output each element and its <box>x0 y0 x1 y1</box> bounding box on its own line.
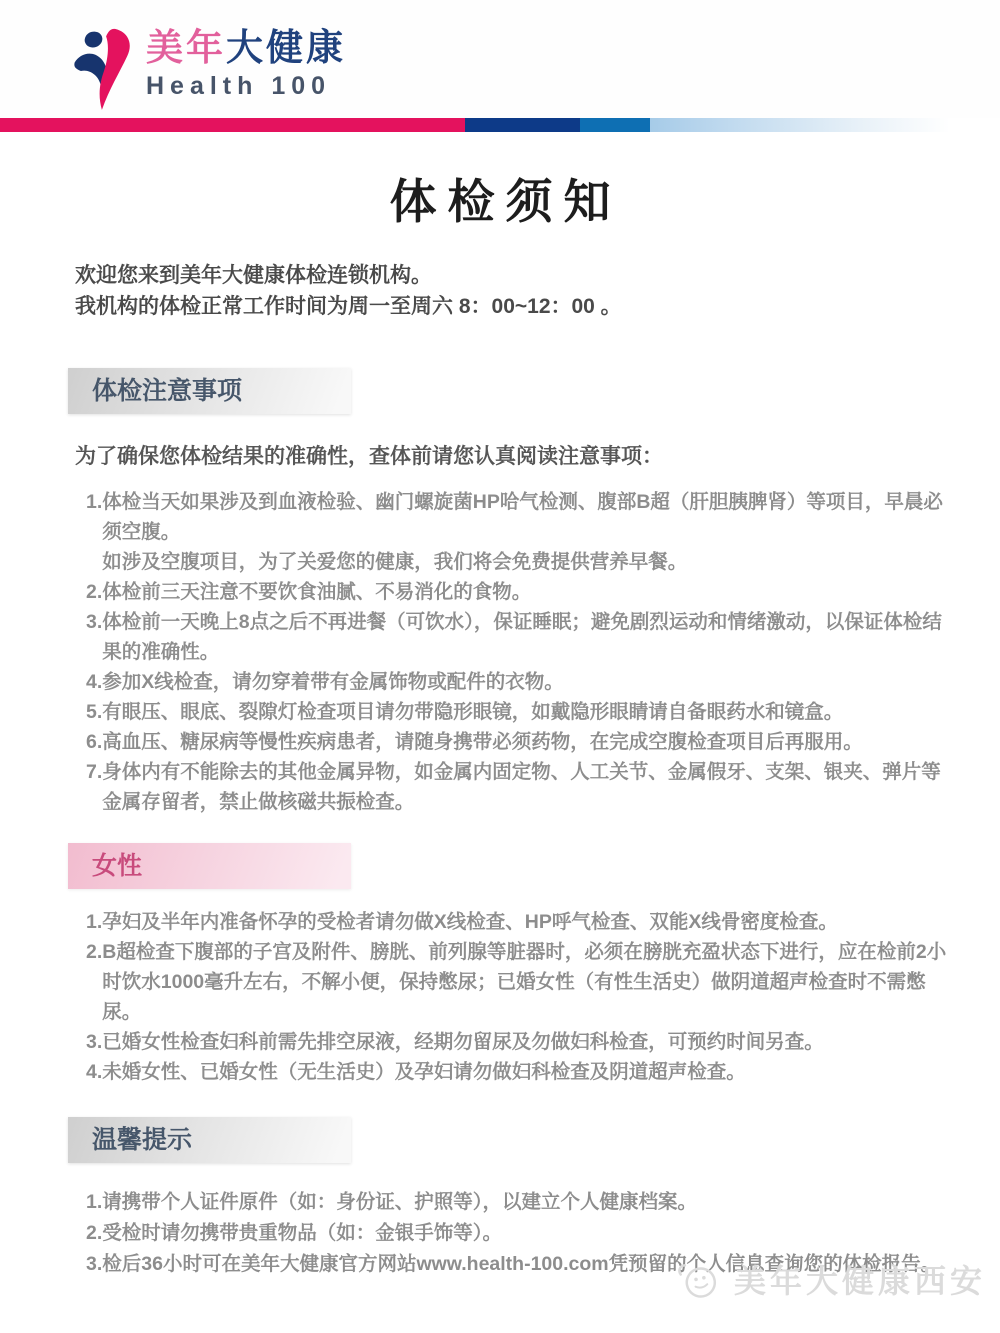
list-item-number: 1. <box>86 907 102 937</box>
list-item: 1.体检当天如果涉及到血液检验、幽门螺旋菌HP哈气检测、腹部B超（肝胆胰脾肾）等… <box>86 487 950 577</box>
list-item-number: 3. <box>86 1027 102 1057</box>
smiley-watermark-icon <box>672 1253 724 1305</box>
list-item-number: 2. <box>86 937 102 1027</box>
list-item: 4.未婚女性、已婚女性（无生活史）及孕妇请勿做妇科检查及阴道超声检查。 <box>86 1057 950 1087</box>
brand-name-cn: 美年大健康 <box>146 28 346 69</box>
list-item-text: 请携带个人证件原件（如：身份证、护照等），以建立个人健康档案。 <box>102 1187 697 1218</box>
list-item-number: 3. <box>86 607 102 667</box>
list-item: 7.身体内有不能除去的其他金属异物，如金属内固定物、人工关节、金属假牙、支架、银… <box>86 757 950 817</box>
list-item-number: 4. <box>86 667 102 697</box>
page-header: 美年大健康 Health 100 <box>0 0 1000 118</box>
intro-paragraph: 欢迎您来到美年大健康体检连锁机构。 我机构的体检正常工作时间为周一至周六 8：0… <box>75 260 945 322</box>
list-item: 3.体检前一天晚上8点之后不再进餐（可饮水），保证睡眠；避免剧烈运动和情绪激动，… <box>86 607 950 667</box>
list-item-text: 有眼压、眼底、裂隙灯检查项目请勿带隐形眼镜，如戴隐形眼睛请自备眼药水和镜盒。 <box>102 697 843 727</box>
brand-name-cn-secondary: 大健康 <box>226 27 346 68</box>
brand-logo-text: 美年大健康 Health 100 <box>146 28 346 101</box>
list-item-text: 体检前一天晚上8点之后不再进餐（可饮水），保证睡眠；避免剧烈运动和情绪激动，以保… <box>102 607 950 667</box>
list-item-text: B超检查下腹部的子宫及附件、膀胱、前列腺等脏器时，必须在膀胱充盈状态下进行，应在… <box>102 937 950 1027</box>
list-item: 2.受检时请勿携带贵重物品（如：金银手饰等）。 <box>86 1218 950 1249</box>
list-item-number: 2. <box>86 1218 102 1249</box>
list-item-number: 6. <box>86 727 102 757</box>
list-item-text: 高血压、糖尿病等慢性疾病患者，请随身携带必须药物，在完成空腹检查项目后再服用。 <box>102 727 863 757</box>
section-header-women: 女性 <box>68 843 351 889</box>
list-item-text: 已婚女性检查妇科前需先排空尿液，经期勿留尿及勿做妇科检查，可预约时间另查。 <box>102 1027 824 1057</box>
person-logo-icon <box>72 28 136 112</box>
list-item: 5.有眼压、眼底、裂隙灯检查项目请勿带隐形眼镜，如戴隐形眼睛请自备眼药水和镜盒。 <box>86 697 950 727</box>
list-item-number: 2. <box>86 577 102 607</box>
list-item-text: 孕妇及半年内准备怀孕的受检者请勿做X线检查、HP呼气检查、双能X线骨密度检查。 <box>102 907 838 937</box>
intro-line-1: 欢迎您来到美年大健康体检连锁机构。 <box>75 260 945 291</box>
brand-logo: 美年大健康 Health 100 <box>72 28 346 112</box>
list-item-text: 受检时请勿携带贵重物品（如：金银手饰等）。 <box>102 1218 502 1249</box>
list-item-number: 3. <box>86 1249 102 1280</box>
brand-name-en: Health 100 <box>146 72 346 101</box>
list-item: 6.高血压、糖尿病等慢性疾病患者，请随身携带必须药物，在完成空腹检查项目后再服用… <box>86 727 950 757</box>
page-title: 体检须知 <box>0 174 1000 230</box>
list-item-number: 5. <box>86 697 102 727</box>
list-item-number: 1. <box>86 487 102 577</box>
section-header-notice: 体检注意事项 <box>68 368 351 414</box>
watermark-text: 美年大健康西安 <box>734 1256 986 1302</box>
list-item: 2.B超检查下腹部的子宫及附件、膀胱、前列腺等脏器时，必须在膀胱充盈状态下进行，… <box>86 937 950 1027</box>
list-item-number: 7. <box>86 757 102 817</box>
women-list: 1.孕妇及半年内准备怀孕的受检者请勿做X线检查、HP呼气检查、双能X线骨密度检查… <box>86 907 950 1087</box>
list-item-number: 1. <box>86 1187 102 1218</box>
notice-list: 1.体检当天如果涉及到血液检验、幽门螺旋菌HP哈气检测、腹部B超（肝胆胰脾肾）等… <box>86 487 950 817</box>
list-item: 2.体检前三天注意不要饮食油腻、不易消化的食物。 <box>86 577 950 607</box>
list-item-number: 4. <box>86 1057 102 1087</box>
notice-lead-text: 为了确保您体检结果的准确性，查体前请您认真阅读注意事项： <box>75 442 945 472</box>
list-item: 1.孕妇及半年内准备怀孕的受检者请勿做X线检查、HP呼气检查、双能X线骨密度检查… <box>86 907 950 937</box>
list-item-text: 体检当天如果涉及到血液检验、幽门螺旋菌HP哈气检测、腹部B超（肝胆胰脾肾）等项目… <box>102 487 950 577</box>
list-item-text: 身体内有不能除去的其他金属异物，如金属内固定物、人工关节、金属假牙、支架、银夹、… <box>102 757 950 817</box>
list-item-text: 未婚女性、已婚女性（无生活史）及孕妇请勿做妇科检查及阴道超声检查。 <box>102 1057 746 1087</box>
section-header-tips: 温馨提示 <box>68 1117 351 1163</box>
list-item-text: 参加X线检查，请勿穿着带有金属饰物或配件的衣物。 <box>102 667 564 697</box>
list-item-text: 体检前三天注意不要饮食油腻、不易消化的食物。 <box>102 577 531 607</box>
brand-name-cn-primary: 美年 <box>146 27 226 68</box>
list-item: 3.已婚女性检查妇科前需先排空尿液，经期勿留尿及勿做妇科检查，可预约时间另查。 <box>86 1027 950 1057</box>
watermark: 美年大健康西安 <box>676 1256 986 1302</box>
intro-line-2: 我机构的体检正常工作时间为周一至周六 8：00~12：00 。 <box>75 291 945 322</box>
list-item: 4.参加X线检查，请勿穿着带有金属饰物或配件的衣物。 <box>86 667 950 697</box>
list-item: 1.请携带个人证件原件（如：身份证、护照等），以建立个人健康档案。 <box>86 1187 950 1218</box>
brand-color-stripe <box>0 118 1000 132</box>
